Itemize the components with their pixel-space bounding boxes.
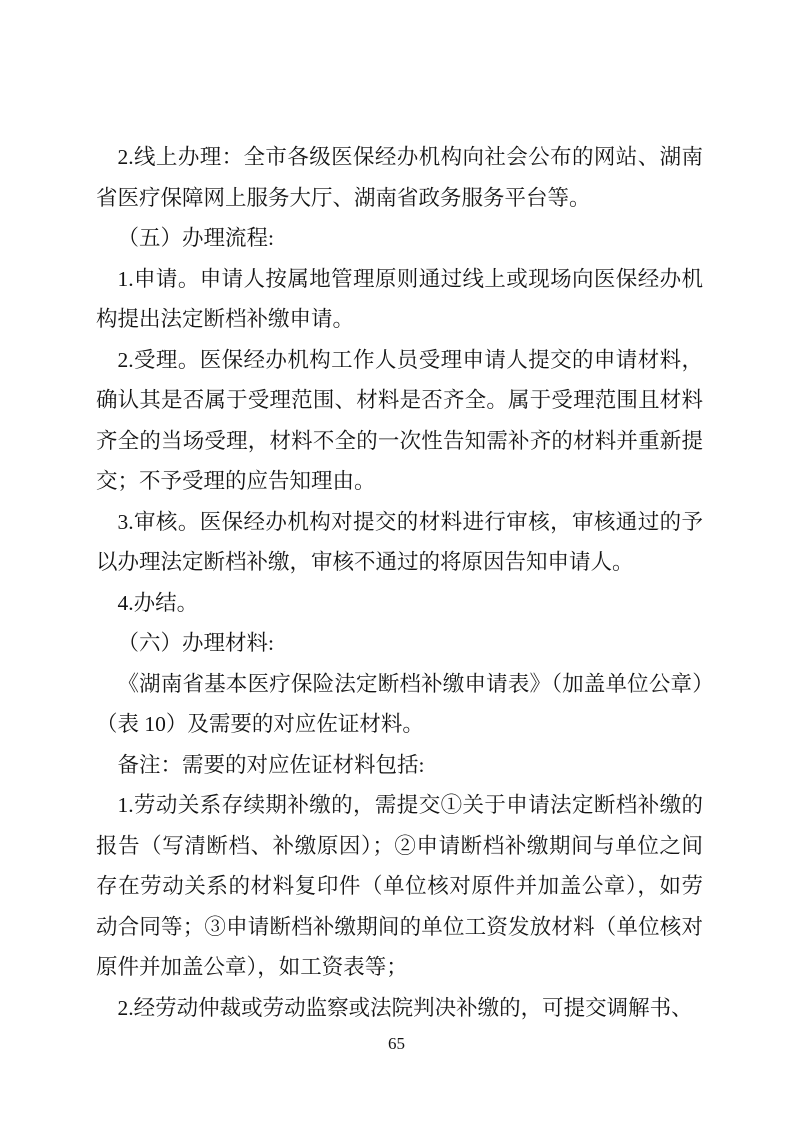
paragraph-required-form: 《湖南省基本医疗保险法定断档补缴申请表》（加盖单位公章）（表 10）及需要的对应… bbox=[96, 664, 703, 745]
document-page: 2.线上办理：全市各级医保经办机构向社会公布的网站、湖南省医疗保障网上服务大厅、… bbox=[0, 0, 793, 1122]
paragraph-online-channels: 2.线上办理：全市各级医保经办机构向社会公布的网站、湖南省医疗保障网上服务大厅、… bbox=[96, 137, 703, 218]
paragraph-step-2-accept: 2.受理。医保经办机构工作人员受理申请人提交的申请材料，确认其是否属于受理范围、… bbox=[96, 340, 703, 502]
paragraph-section-6-heading: （六）办理材料: bbox=[96, 623, 703, 664]
paragraph-step-1-apply: 1.申请。申请人按属地管理原则通过线上或现场向医保经办机构提出法定断档补缴申请。 bbox=[96, 259, 703, 340]
page-number: 65 bbox=[0, 1034, 793, 1054]
paragraph-step-3-review: 3.审核。医保经办机构对提交的材料进行审核，审核通过的予以办理法定断档补缴，审核… bbox=[96, 502, 703, 583]
paragraph-section-5-heading: （五）办理流程: bbox=[96, 218, 703, 259]
paragraph-remark-heading: 备注：需要的对应佐证材料包括: bbox=[96, 745, 703, 786]
paragraph-evidence-item-2: 2.经劳动仲裁或劳动监察或法院判决补缴的，可提交调解书、 bbox=[96, 988, 703, 1029]
paragraph-step-4-complete: 4.办结。 bbox=[96, 583, 703, 624]
paragraph-evidence-item-1: 1.劳动关系存续期补缴的，需提交①关于申请法定断档补缴的报告（写清断档、补缴原因… bbox=[96, 785, 703, 988]
document-body: 2.线上办理：全市各级医保经办机构向社会公布的网站、湖南省医疗保障网上服务大厅、… bbox=[96, 137, 703, 1028]
